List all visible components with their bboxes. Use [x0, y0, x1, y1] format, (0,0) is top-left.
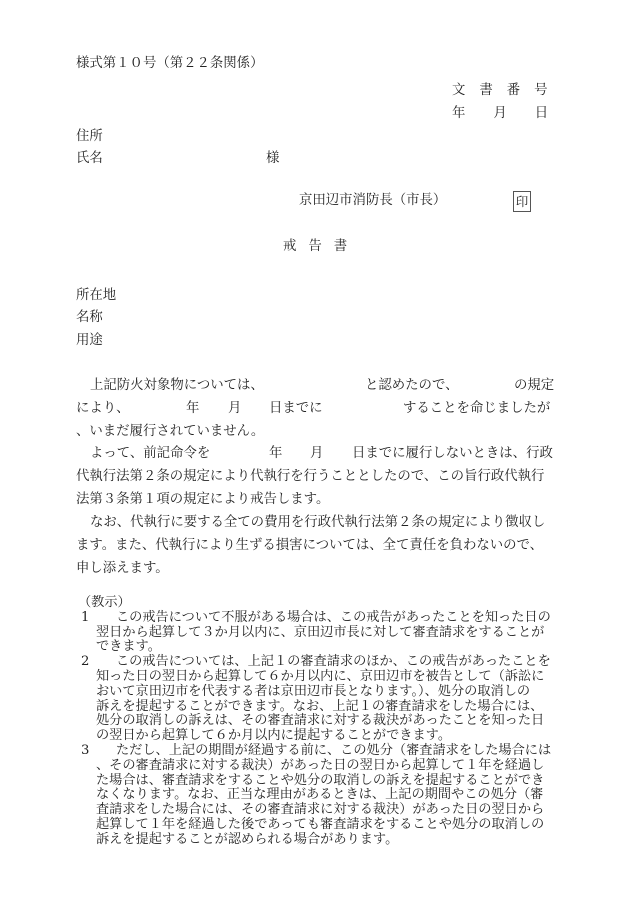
honorific: 様 — [266, 151, 279, 167]
doc-number-label: 文書番号 — [452, 83, 548, 99]
body-p1-l2-year: 年 — [186, 401, 199, 417]
body-p1-l2-day: 日までに — [269, 401, 323, 417]
location-label: 所在地 — [76, 288, 116, 304]
notice-line: の翌日から起算して６か月以内に提起することができます。 — [76, 729, 576, 744]
form-number: 様式第１０号（第２２条関係） — [76, 56, 263, 72]
seal-box: 印 — [513, 191, 531, 212]
body-p3-l1: なお、代執行に要する全ての費用を行政代執行法第２条の規定により徴収し — [90, 515, 545, 531]
doc-number-char: 番 — [507, 83, 520, 98]
body-p3-l2: ます。また、代執行により生ずる損害については、全て責任を負わないので、 — [76, 538, 543, 554]
notice-line: 処分の取消しの訴えは、その審査請求に対する裁決があったことを知った日 — [76, 714, 576, 729]
notice-line: 査請求をした場合には、その審査請求に対する裁決）があった日の翌日から — [76, 803, 576, 818]
body-p1-l2b: することを命じましたが — [403, 401, 550, 417]
notice-line: おいて京田辺市を代表する者は京田辺市長となります。）、処分の取消しの — [76, 685, 576, 700]
month-label: 月 — [493, 106, 506, 121]
body-p2-l1a: よって、前記命令を — [90, 446, 210, 462]
body-p1-l1a: 上記防火対象物については、 — [90, 378, 264, 394]
doc-number-char: 号 — [534, 83, 547, 98]
notice-item-number: 3 — [81, 744, 89, 759]
notice-line: 、その審査請求に対する裁決）があった日の翌日から起算して１年を経過し — [76, 759, 576, 774]
notice-line: 起算して１年を経過した後であっても審査請求をすることや処分の取消しの — [76, 818, 576, 833]
notice-item-3: 3ただし、上記の期間が経過する前に、この処分（審査請求をした場合には 、その審査… — [76, 744, 576, 848]
notice-line: この戒告について不服がある場合は、この戒告があったことを知った日の — [76, 610, 551, 625]
doc-number-char: 文 — [452, 83, 465, 98]
target-name-label: 名称 — [76, 310, 103, 326]
title-char: 書 — [334, 239, 347, 254]
name-label: 氏名 — [76, 151, 103, 167]
body-p1-l2-month: 月 — [228, 401, 241, 417]
body-p2-l1b: 日までに履行しないときは、行政 — [352, 446, 553, 462]
body-p1-l1b: と認めたので、 — [365, 378, 458, 394]
date-line: 年月日 — [452, 106, 548, 122]
day-label: 日 — [535, 106, 548, 121]
title-char: 戒 — [283, 239, 296, 254]
notice-item-2: 2この戒告については、上記１の審査請求のほか、この戒告があったことを 知った日の… — [76, 655, 576, 744]
body-p2-l2: 代執行法第２条の規定により代執行を行うこととしたので、この旨行政代執行 — [76, 469, 544, 485]
body-p2-l3: 法第３条第１項の規定により戒告します。 — [76, 492, 329, 508]
use-label: 用途 — [76, 333, 103, 349]
document-title: 戒告書 — [283, 239, 347, 255]
notice-heading: （教示） — [76, 596, 576, 611]
notice-item-number: 2 — [81, 655, 89, 670]
notice-line: 訴えを提起することが認められる場合があります。 — [76, 833, 576, 848]
notice-line: できます。 — [76, 640, 576, 655]
doc-number-char: 書 — [479, 83, 492, 98]
body-p1-l1c: の規定 — [514, 378, 554, 394]
body-p1-l2a: により、 — [76, 401, 130, 417]
notice-item-1: 1この戒告について不服がある場合は、この戒告があったことを知った日の 翌日から起… — [76, 611, 576, 655]
notice-line: なくなります。なお、正当な理由があるときは、上記の期間やこの処分（審 — [76, 788, 576, 803]
body-p1-l3: 、いまだ履行されていません。 — [76, 424, 264, 440]
notice-line: この戒告については、上記１の審査請求のほか、この戒告があったことを — [76, 654, 551, 669]
issuer: 京田辺市消防長（市長） — [299, 193, 446, 209]
notice-line: 知った日の翌日から起算して６か月以内に、京田辺市を被告として（訴訟に — [76, 670, 576, 685]
title-char: 告 — [308, 239, 321, 254]
notice-line: ただし、上記の期間が経過する前に、この処分（審査請求をした場合には — [76, 743, 551, 758]
body-p2-l1-year: 年 — [269, 446, 282, 462]
notice-item-number: 1 — [81, 611, 89, 626]
year-label: 年 — [452, 106, 465, 121]
body-p2-l1-month: 月 — [310, 446, 323, 462]
notice-line: 翌日から起算して３か月以内に、京田辺市長に対して審査請求をすることが — [76, 626, 576, 641]
body-p3-l3: 申し添えます。 — [76, 561, 169, 577]
notice-section: （教示） 1この戒告について不服がある場合は、この戒告があったことを知った日の … — [76, 596, 576, 848]
address-label: 住所 — [76, 129, 103, 145]
